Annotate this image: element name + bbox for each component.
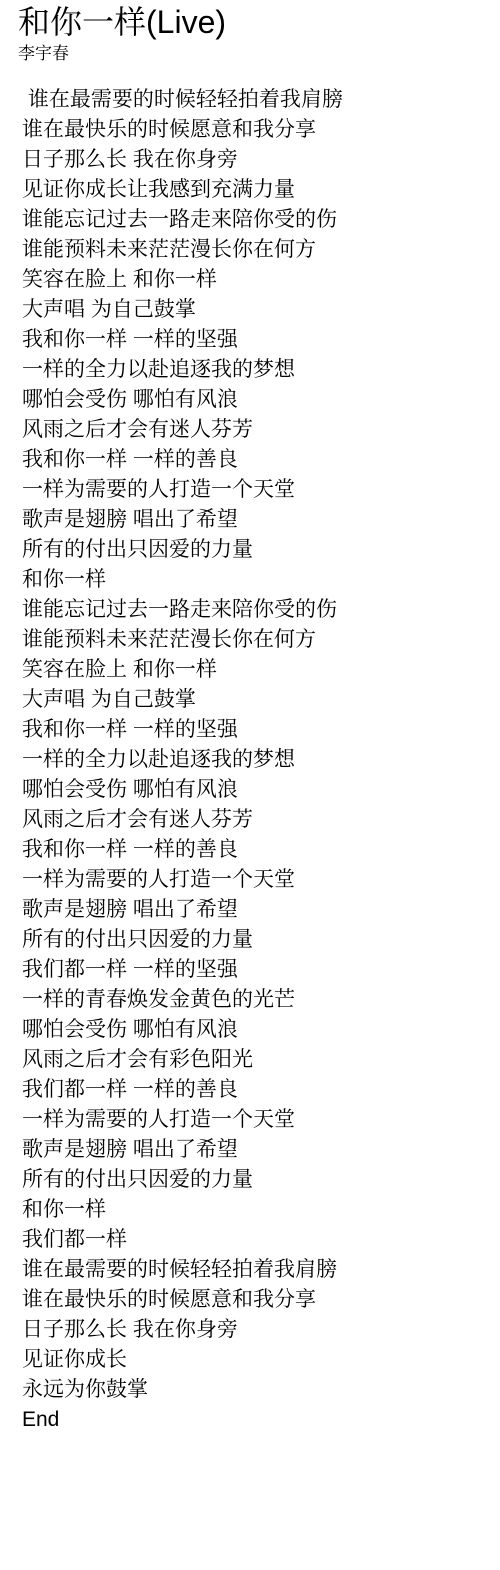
lyric-line: 哪怕会受伤 哪怕有风浪	[22, 775, 490, 805]
lyric-line: 我和你一样 一样的善良	[22, 445, 490, 475]
artist-name: 李宇春	[18, 42, 490, 66]
lyric-line: 一样的青春焕发金黄色的光芒	[22, 985, 490, 1015]
song-title: 和你一样(Live)	[18, 2, 490, 42]
lyric-line: 哪怕会受伤 哪怕有风浪	[22, 1015, 490, 1045]
lyric-line: 日子那么长 我在你身旁	[22, 145, 490, 175]
lyric-line: 谁能忘记过去一路走来陪你受的伤	[22, 595, 490, 625]
lyric-line: 永远为你鼓掌	[22, 1375, 490, 1405]
lyric-line: 所有的付出只因爱的力量	[22, 925, 490, 955]
lyric-line: 见证你成长让我感到充满力量	[22, 175, 490, 205]
end-marker: End	[18, 1405, 490, 1435]
lyric-line: 一样为需要的人打造一个天堂	[22, 1105, 490, 1135]
lyric-line: 笑容在脸上 和你一样	[22, 655, 490, 685]
lyric-line: 哪怕会受伤 哪怕有风浪	[22, 385, 490, 415]
lyric-line: 笑容在脸上 和你一样	[22, 265, 490, 295]
lyric-line: 我们都一样 一样的善良	[22, 1075, 490, 1105]
lyric-line: 谁能忘记过去一路走来陪你受的伤	[22, 205, 490, 235]
lyric-line: 风雨之后才会有迷人芬芳	[22, 805, 490, 835]
lyric-line: 歌声是翅膀 唱出了希望	[22, 895, 490, 925]
lyric-line: 谁能预料未来茫茫漫长你在何方	[22, 235, 490, 265]
lyric-line: 一样为需要的人打造一个天堂	[22, 865, 490, 895]
lyric-line: 一样为需要的人打造一个天堂	[22, 475, 490, 505]
lyric-line: 我们都一样	[22, 1225, 490, 1255]
lyric-line: 大声唱 为自己鼓掌	[22, 685, 490, 715]
lyric-line: 歌声是翅膀 唱出了希望	[22, 1135, 490, 1165]
lyrics-page: 和你一样(Live) 李宇春 谁在最需要的时候轻轻拍着我肩膀谁在最快乐的时候愿意…	[0, 0, 500, 1435]
lyric-line: 谁在最需要的时候轻轻拍着我肩膀	[22, 85, 490, 115]
lyrics-list: 谁在最需要的时候轻轻拍着我肩膀谁在最快乐的时候愿意和我分享日子那么长 我在你身旁…	[18, 85, 490, 1405]
lyric-line: 所有的付出只因爱的力量	[22, 1165, 490, 1195]
lyric-line: 歌声是翅膀 唱出了希望	[22, 505, 490, 535]
lyric-line: 日子那么长 我在你身旁	[22, 1315, 490, 1345]
lyric-line: 大声唱 为自己鼓掌	[22, 295, 490, 325]
lyric-line: 一样的全力以赴追逐我的梦想	[22, 355, 490, 385]
lyric-line: 一样的全力以赴追逐我的梦想	[22, 745, 490, 775]
lyric-line: 和你一样	[22, 565, 490, 595]
lyric-line: 我和你一样 一样的坚强	[22, 325, 490, 355]
lyric-line: 风雨之后才会有彩色阳光	[22, 1045, 490, 1075]
lyric-line: 谁在最快乐的时候愿意和我分享	[22, 1285, 490, 1315]
lyric-line: 我和你一样 一样的坚强	[22, 715, 490, 745]
lyric-line: 谁在最快乐的时候愿意和我分享	[22, 115, 490, 145]
lyric-line: 我和你一样 一样的善良	[22, 835, 490, 865]
lyric-line: 风雨之后才会有迷人芬芳	[22, 415, 490, 445]
lyric-line: 和你一样	[22, 1195, 490, 1225]
lyric-line: 所有的付出只因爱的力量	[22, 535, 490, 565]
lyric-line: 谁能预料未来茫茫漫长你在何方	[22, 625, 490, 655]
lyric-line: 谁在最需要的时候轻轻拍着我肩膀	[22, 1255, 490, 1285]
lyric-line: 见证你成长	[22, 1345, 490, 1375]
lyric-line: 我们都一样 一样的坚强	[22, 955, 490, 985]
